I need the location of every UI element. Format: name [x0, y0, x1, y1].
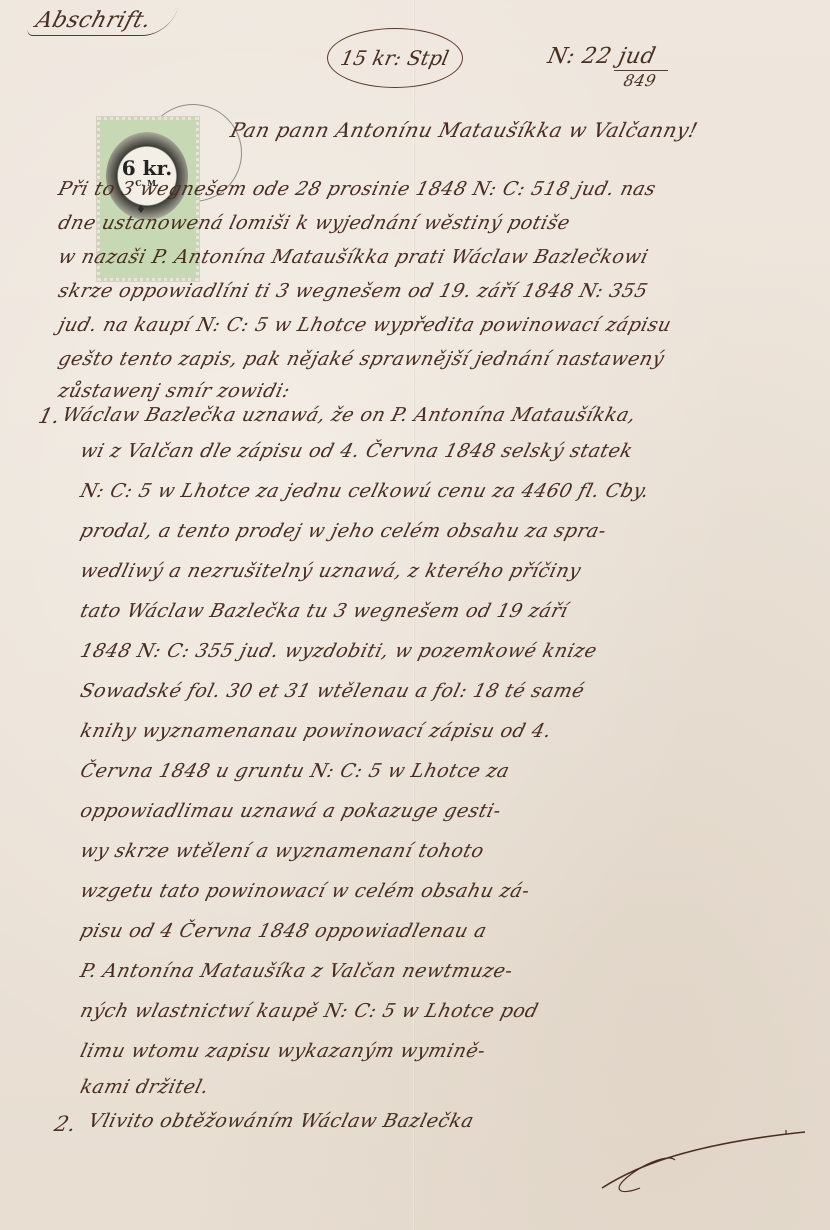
intro-line: w nazaši P. Antonína Mataušíkka prati Wá…: [56, 246, 651, 268]
item-line: tato Wáclaw Bazlečka tu 3 wegnešem od 19…: [78, 600, 570, 622]
item-number: 2.: [52, 1112, 79, 1136]
intro-line: jud. na kaupí N: C: 5 w Lhotce wypředita…: [56, 314, 674, 336]
item-line: limu wtomu zapisu wykazaným wymině-: [78, 1040, 488, 1062]
document-page: Abschrift. 15 kr: Stpl N: 22 jud 849 6 k…: [0, 0, 830, 1230]
intro-line: skrze oppowiadlíni ti 3 wegnešem od 19. …: [56, 280, 650, 302]
item-line: ných wlastnictwí kaupě N: C: 5 w Lhotce …: [78, 1000, 541, 1022]
item-line: wi z Valčan dle zápisu od 4. Června 1848…: [78, 440, 635, 462]
intro-line: Při to 3 wegnešem ode 28 prosinie 1848 N…: [56, 178, 658, 200]
item-line: Června 1848 u gruntu N: C: 5 w Lhotce za: [78, 760, 512, 782]
item-line: knihy wyznamenanau powinowací zápisu od …: [78, 720, 554, 742]
intro-line: gešto tento zapis, pak nějaké sprawnější…: [56, 348, 667, 370]
item-line: pisu od 4 Června 1848 oppowiadlenau a: [78, 920, 489, 942]
item-line: kami držitel.: [78, 1076, 211, 1098]
heading-abschrift: Abschrift.: [26, 8, 178, 36]
item-line: P. Antonína Mataušíka z Valčan newtmuze-: [78, 960, 515, 982]
item-line: wy skrze wtělení a wyznamenaní tohoto: [78, 840, 486, 862]
item-line: wzgetu tato powinowací w celém obsahu zá…: [78, 880, 532, 902]
fee-note: 15 kr: Stpl: [339, 46, 452, 70]
item-number: 1.: [36, 404, 63, 428]
salutation: Pan pann Antonínu Mataušíkka w Valčanny!: [228, 118, 700, 142]
item-line: Vlivito obtěžowáním Wáclaw Bazlečka: [86, 1110, 476, 1132]
item-line: 1848 N: C: 355 jud. wyzdobiti, w pozemko…: [78, 640, 599, 662]
item-line: Wáclaw Bazlečka uznawá, že on P. Antonín…: [60, 404, 638, 426]
intro-line: dne ustanowená lomiši k wyjednání wěstin…: [56, 212, 572, 234]
item-line: oppowiadlimau uznawá a pokazuge gesti-: [78, 800, 504, 822]
reference-number: N: 22 jud: [545, 44, 658, 69]
fee-note-oval: 15 kr: Stpl: [327, 28, 463, 88]
item-line: prodal, a tento prodej w jeho celém obsa…: [78, 520, 609, 542]
item-line: N: C: 5 w Lhotce za jednu celkowú cenu z…: [78, 480, 652, 502]
stamp-value: 6 kr.: [122, 158, 172, 178]
signature-flourish: [600, 1130, 810, 1200]
item-line: wedliwý a nezrušitelný uznawá, z kterého…: [78, 560, 583, 582]
item-line: Sowadské fol. 30 et 31 wtělenau a fol: 1…: [78, 680, 587, 702]
intro-line: zůstawenj smír zowidi:: [56, 380, 293, 402]
reference-year: 849: [610, 70, 668, 90]
